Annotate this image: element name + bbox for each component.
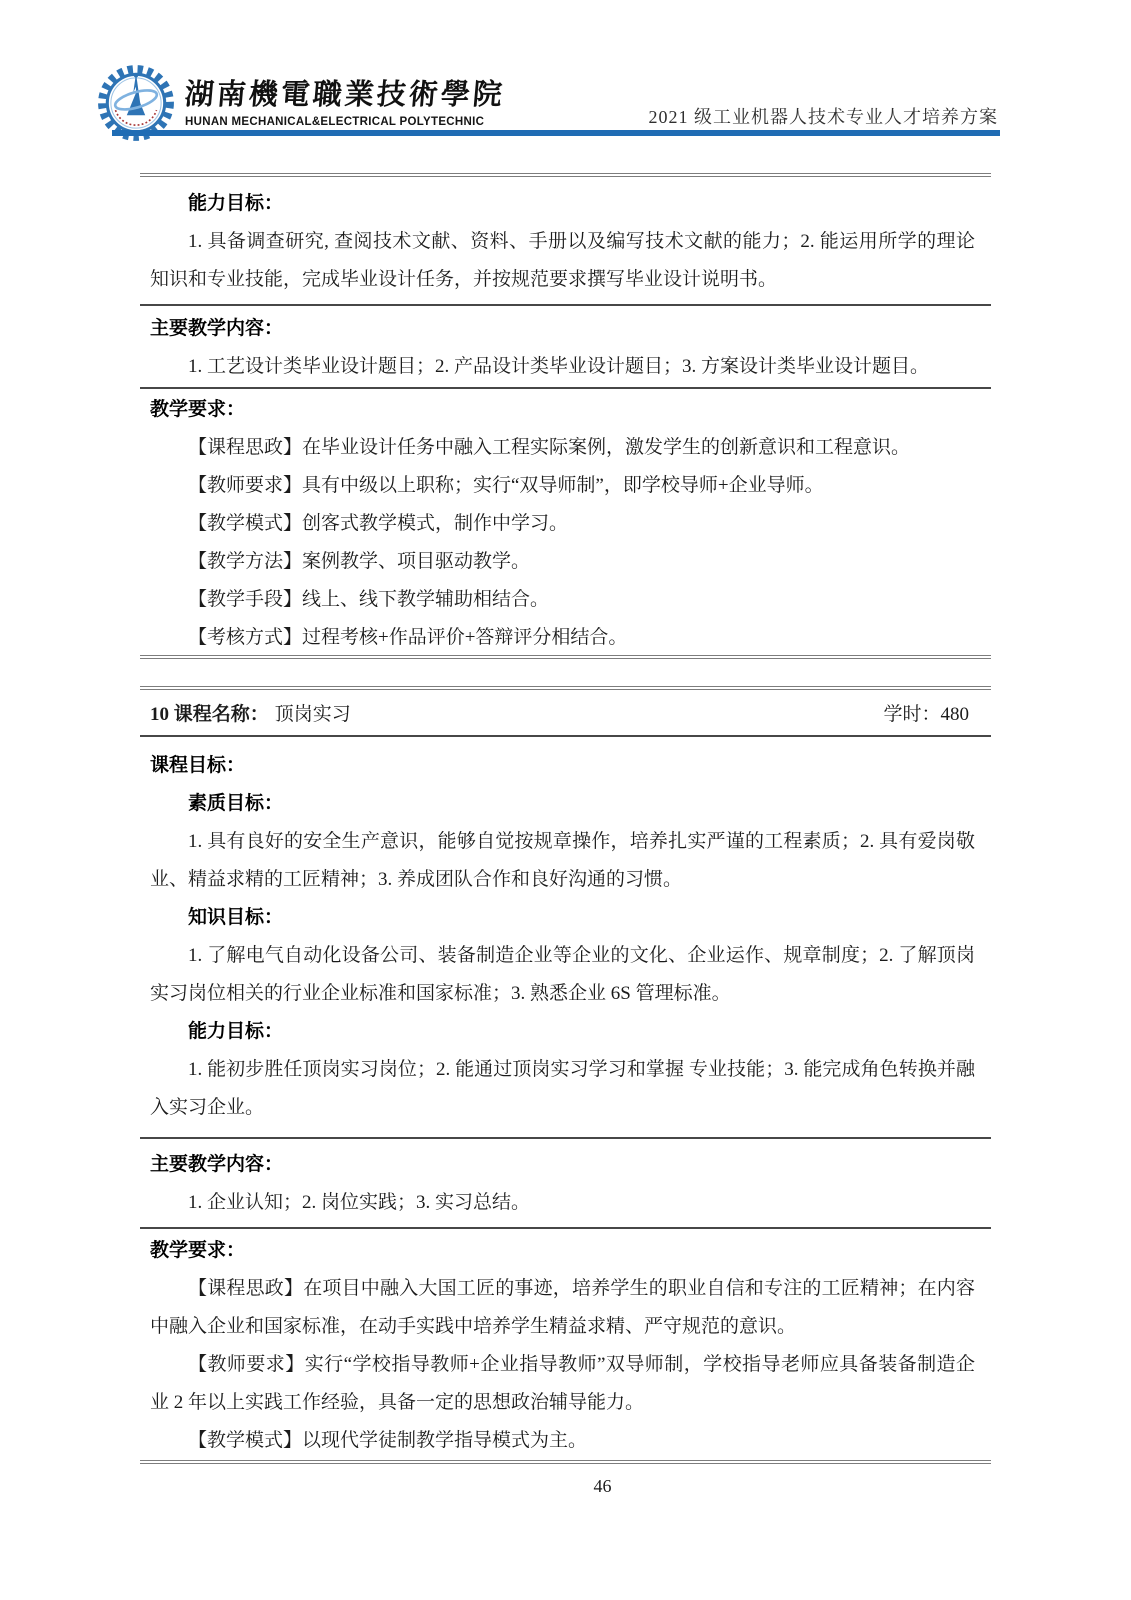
course-title-row: 10 课程名称：顶岗实习 学时：480 (140, 690, 991, 735)
teaching-requirements-heading: 教学要求： (150, 1232, 975, 1270)
requirement-item: 【考核方式】过程考核+作品评价+答辩评分相结合。 (150, 619, 975, 655)
requirement-item: 【教学模式】以现代学徒制教学指导模式为主。 (150, 1422, 975, 1460)
course-number-label: 10 课程名称： (150, 704, 269, 725)
requirement-item: 【教学手段】线上、线下教学辅助相结合。 (150, 581, 975, 619)
teaching-requirements-row: 教学要求： 【课程思政】在毕业设计任务中融入工程实际案例，激发学生的创新意识和工… (140, 387, 991, 655)
course-9-requirements-table: 能力目标： 1. 具备调查研究, 查阅技术文献、资料、手册以及编写技术文献的能力… (140, 173, 991, 659)
course-10-table: 10 课程名称：顶岗实习 学时：480 课程目标： 素质目标： 1. 具有良好的… (140, 686, 991, 1464)
course-goals-heading: 课程目标： (150, 747, 975, 785)
ability-goal-row: 能力目标： 1. 具备调查研究, 查阅技术文献、资料、手册以及编写技术文献的能力… (140, 177, 991, 304)
requirement-item: 【教师要求】实行“学校指导教师+企业指导教师”双导师制，学校指导老师应具备装备制… (150, 1346, 975, 1422)
school-name-cn: 湖南機電職業技術學院 (183, 72, 507, 113)
page-number: 46 (594, 1476, 612, 1496)
teaching-content-heading: 主要教学内容： (150, 310, 975, 348)
teaching-requirements-heading: 教学要求： (150, 391, 975, 429)
school-name-block: 湖南機電職業技術學院 HUNAN MECHANICAL&ELECTRICAL P… (185, 62, 505, 128)
teaching-content-row: 主要教学内容： 1. 企业认知；2. 岗位实践；3. 实习总结。 (140, 1137, 991, 1227)
ability-goal-heading: 能力目标： (150, 1013, 975, 1051)
teaching-content-heading: 主要教学内容： (150, 1146, 975, 1184)
knowledge-goal-text: 1. 了解电气自动化设备公司、装备制造企业等企业的文化、企业运作、规章制度；2.… (150, 937, 975, 1013)
quality-goal-heading: 素质目标： (150, 785, 975, 823)
course-hours: 学时：480 (883, 699, 975, 726)
school-name-en: HUNAN MECHANICAL&ELECTRICAL POLYTECHNIC (185, 116, 505, 128)
header-divider-rule (112, 130, 1000, 136)
requirement-item: 【教学模式】创客式教学模式，制作中学习。 (150, 505, 975, 543)
document-page: 湖南機電職業技術學院 HUNAN MECHANICAL&ELECTRICAL P… (0, 0, 1131, 1600)
ability-goal-text: 1. 具备调查研究, 查阅技术文献、资料、手册以及编写技术文献的能力；2. 能运… (150, 223, 975, 299)
requirement-item: 【课程思政】在项目中融入大国工匠的事迹，培养学生的职业自信和专注的工匠精神；在内… (150, 1270, 975, 1346)
ability-goal-heading: 能力目标： (150, 185, 975, 223)
knowledge-goal-heading: 知识目标： (150, 899, 975, 937)
requirement-item: 【课程思政】在毕业设计任务中融入工程实际案例，激发学生的创新意识和工程意识。 (150, 429, 975, 467)
quality-goal-text: 1. 具有良好的安全生产意识，能够自觉按规章操作，培养扎实严谨的工程素质；2. … (150, 823, 975, 899)
course-title: 10 课程名称：顶岗实习 (150, 699, 351, 726)
requirement-item: 【教师要求】具有中级以上职称；实行“双导师制”，即学校导师+企业导师。 (150, 467, 975, 505)
course-goals-row: 课程目标： 素质目标： 1. 具有良好的安全生产意识，能够自觉按规章操作，培养扎… (140, 735, 991, 1137)
teaching-content-row: 主要教学内容： 1. 工艺设计类毕业设计题目；2. 产品设计类毕业设计题目；3.… (140, 304, 991, 387)
teaching-requirements-row: 教学要求： 【课程思政】在项目中融入大国工匠的事迹，培养学生的职业自信和专注的工… (140, 1227, 991, 1460)
document-title: 2021 级工业机器人技术专业人才培养方案 (649, 103, 999, 129)
ability-goal-text: 1. 能初步胜任顶岗实习岗位；2. 能通过顶岗实习学习和掌握 专业技能；3. 能… (150, 1051, 975, 1127)
teaching-content-text: 1. 企业认知；2. 岗位实践；3. 实习总结。 (150, 1184, 975, 1222)
teaching-content-text: 1. 工艺设计类毕业设计题目；2. 产品设计类毕业设计题目；3. 方案设计类毕业… (150, 348, 975, 386)
requirement-item: 【教学方法】案例教学、项目驱动教学。 (150, 543, 975, 581)
page-footer: 46 (0, 1476, 1131, 1497)
course-name: 顶岗实习 (275, 704, 351, 725)
